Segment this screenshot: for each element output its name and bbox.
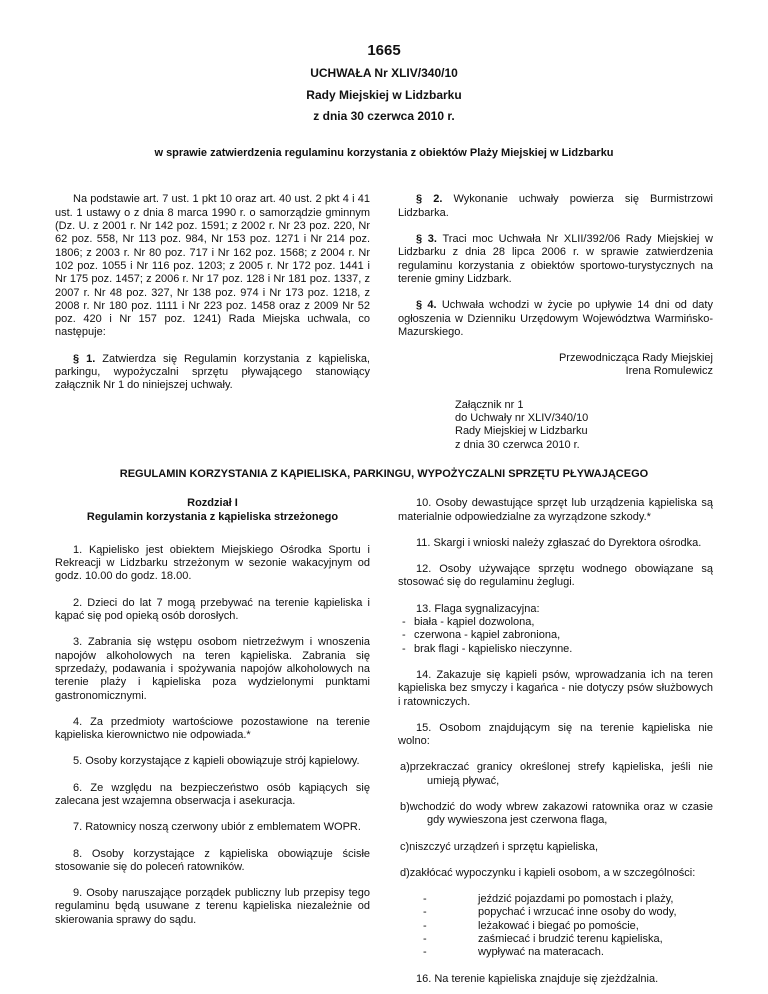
flag-list-item: -brak flagi - kąpielisko nieczynne.	[402, 643, 713, 656]
letter-text: przekraczać granicy określonej strefy ką…	[410, 761, 713, 786]
paragraph-3-text: Traci moc Uchwała Nr XLII/392/06 Rady Mi…	[398, 233, 713, 285]
document-header: 1665 UCHWAŁA Nr XLIV/340/10 Rady Miejski…	[55, 44, 713, 123]
paragraph-4-label: § 4.	[416, 299, 437, 311]
rule-item-4: 4. Za przedmioty wartościowe pozostawion…	[55, 716, 370, 743]
letter-label: a)	[400, 761, 410, 773]
rule-item-15d: d)zakłócać wypoczynku i kąpieli osobom, …	[398, 867, 713, 880]
sublist-text: popychać i wrzucać inne osoby do wody,	[478, 906, 713, 919]
signature-block: Przewodnicząca Rady Miejskiej Irena Romu…	[398, 352, 713, 379]
rule-item-16: 16. Na terenie kąpieliska znajduje się z…	[398, 973, 713, 986]
rule-item-12: 12. Osoby używające sprzętu wodnego obow…	[398, 563, 713, 590]
sublist-text: zaśmiecać i brudzić terenu kąpieliska,	[478, 933, 713, 946]
resolution-left-column: Na podstawie art. 7 ust. 1 pkt 10 oraz a…	[55, 193, 370, 392]
rule-item-8: 8. Osoby korzystające z kąpieliska obowi…	[55, 848, 370, 875]
chapter-title: Regulamin korzystania z kąpieliska strze…	[55, 511, 370, 524]
attachment-line: Rady Miejskiej w Lidzbarku	[455, 425, 713, 438]
rule-item-2: 2. Dzieci do lat 7 mogą przebywać na ter…	[55, 597, 370, 624]
paragraph-3-label: § 3.	[416, 233, 437, 245]
regulation-body: Rozdział I Regulamin korzystania z kąpie…	[55, 497, 713, 986]
attachment-line: Załącznik nr 1	[455, 399, 713, 412]
attachment-note: Załącznik nr 1 do Uchwały nr XLIV/340/10…	[455, 399, 713, 452]
dash-marker: -	[423, 946, 478, 959]
dash-marker: -	[423, 920, 478, 933]
flag-list-item: -biała - kąpiel dozwolona,	[402, 616, 713, 629]
rule-item-11: 11. Skargi i wnioski należy zgłaszać do …	[398, 537, 713, 550]
rule-item-6: 6. Ze względu na bezpieczeństwo osób kąp…	[55, 782, 370, 809]
sublist-item: -zaśmiecać i brudzić terenu kąpieliska,	[423, 933, 713, 946]
document-page: 1665 UCHWAŁA Nr XLIV/340/10 Rady Miejski…	[0, 0, 768, 986]
regulation-title: REGULAMIN KORZYSTANIA Z KĄPIELISKA, PARK…	[55, 468, 713, 481]
act-number: 1665	[55, 44, 713, 57]
act-issuer: Rady Miejskiej w Lidzbarku	[55, 89, 713, 102]
paragraph-1-label: § 1.	[73, 353, 95, 365]
paragraph-3: § 3. Traci moc Uchwała Nr XLII/392/06 Ra…	[398, 233, 713, 286]
paragraph-4: § 4. Uchwała wchodzi w życie po upływie …	[398, 299, 713, 339]
dash-marker: -	[402, 629, 414, 642]
dash-marker: -	[423, 933, 478, 946]
flag-list-text: biała - kąpiel dozwolona,	[414, 616, 534, 629]
rule-item-15c: c)niszczyć urządzeń i sprzętu kąpieliska…	[398, 841, 713, 854]
sublist-item: -popychać i wrzucać inne osoby do wody,	[423, 906, 713, 919]
rule-item-15a: a)przekraczać granicy określonej strefy …	[398, 761, 713, 788]
rule-item-14: 14. Zakazuje się kąpieli psów, wprowadza…	[398, 669, 713, 709]
regulation-left-column: Rozdział I Regulamin korzystania z kąpie…	[55, 497, 370, 927]
prohibition-sublist: -jeździć pojazdami po pomostach i plaży,…	[398, 893, 713, 959]
flag-list-item: -czerwona - kąpiel zabroniona,	[402, 629, 713, 642]
chapter-heading: Rozdział I Regulamin korzystania z kąpie…	[55, 497, 370, 524]
attachment-line: do Uchwały nr XLIV/340/10	[455, 412, 713, 425]
letter-text: zakłócać wypoczynku i kąpieli osobom, a …	[410, 867, 696, 879]
signature-title: Przewodnicząca Rady Miejskiej	[398, 352, 713, 365]
paragraph-2: § 2. Wykonanie uchwały powierza się Burm…	[398, 193, 713, 220]
rule-item-10: 10. Osoby dewastujące sprzęt lub urządze…	[398, 497, 713, 524]
sublist-item: -jeździć pojazdami po pomostach i plaży,	[423, 893, 713, 906]
letter-label: d)	[400, 867, 410, 879]
rule-item-9: 9. Osoby naruszające porządek publiczny …	[55, 887, 370, 927]
chapter-label: Rozdział I	[55, 497, 370, 510]
attachment-line: z dnia 30 czerwca 2010 r.	[455, 439, 713, 452]
rule-item-1: 1. Kąpielisko jest obiektem Miejskiego O…	[55, 544, 370, 584]
paragraph-1-text: Zatwierdza się Regulamin korzystania z k…	[55, 353, 370, 392]
resolution-right-column: § 2. Wykonanie uchwały powierza się Burm…	[398, 193, 713, 451]
sublist-text: jeździć pojazdami po pomostach i plaży,	[478, 893, 713, 906]
rule-item-15b: b)wchodzić do wody wbrew zakazowi ratown…	[398, 801, 713, 828]
rule-item-3: 3. Zabrania się wstępu osobom nietrzeźwy…	[55, 636, 370, 702]
paragraph-4-text: Uchwała wchodzi w życie po upływie 14 dn…	[398, 299, 713, 338]
sublist-text: leżakować i biegać po pomoście,	[478, 920, 713, 933]
dash-marker: -	[423, 893, 478, 906]
dash-marker: -	[423, 906, 478, 919]
act-title: UCHWAŁA Nr XLIV/340/10	[55, 67, 713, 80]
paragraph-2-text: Wykonanie uchwały powierza się Burmistrz…	[398, 193, 713, 218]
paragraph-2-label: § 2.	[416, 193, 442, 205]
flag-list-text: brak flagi - kąpielisko nieczynne.	[414, 643, 572, 656]
signature-name: Irena Romulewicz	[398, 365, 713, 378]
dash-marker: -	[402, 616, 414, 629]
rule-item-7: 7. Ratownicy noszą czerwony ubiór z embl…	[55, 821, 370, 834]
rule-item-5: 5. Osoby korzystające z kąpieli obowiązu…	[55, 755, 370, 768]
letter-text: niszczyć urządzeń i sprzętu kąpieliska,	[409, 841, 598, 853]
rule-item-15: 15. Osobom znajdującym się na terenie ką…	[398, 722, 713, 749]
flag-list-text: czerwona - kąpiel zabroniona,	[414, 629, 560, 642]
paragraph-1: § 1. Zatwierdza się Regulamin korzystani…	[55, 353, 370, 393]
flag-list: -biała - kąpiel dozwolona, -czerwona - k…	[398, 616, 713, 656]
legal-basis-paragraph: Na podstawie art. 7 ust. 1 pkt 10 oraz a…	[55, 193, 370, 339]
sublist-item: -leżakować i biegać po pomoście,	[423, 920, 713, 933]
regulation-right-column: 10. Osoby dewastujące sprzęt lub urządze…	[398, 497, 713, 986]
rule-item-13: 13. Flaga sygnalizacyjna:	[398, 603, 713, 616]
letter-text: wchodzić do wody wbrew zakazowi ratownik…	[410, 801, 713, 826]
act-date: z dnia 30 czerwca 2010 r.	[55, 110, 713, 123]
resolution-body: Na podstawie art. 7 ust. 1 pkt 10 oraz a…	[55, 193, 713, 451]
sublist-item: -wypływać na materacach.	[423, 946, 713, 959]
letter-label: b)	[400, 801, 410, 813]
letter-label: c)	[400, 841, 409, 853]
sublist-text: wypływać na materacach.	[478, 946, 713, 959]
act-subject: w sprawie zatwierdzenia regulaminu korzy…	[55, 147, 713, 160]
dash-marker: -	[402, 643, 414, 656]
